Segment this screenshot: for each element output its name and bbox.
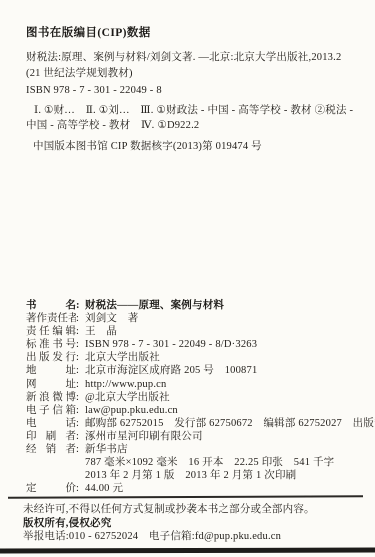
row-value: 44.00 元	[85, 482, 367, 495]
row-value: 2013 年 2 月第 1 版 2013 年 2 月第 1 次印刷	[85, 469, 367, 482]
divider-rule	[8, 495, 363, 499]
colophon-row-isbn: 标准书号:ISBN 978 - 7 - 301 - 22049 - 8/D·32…	[26, 338, 367, 351]
colophon-row-publisher: 出版发行:北京大学出版社	[26, 351, 367, 364]
cip-record-number: 中国版本图书馆 CIP 数据核字(2013)第 019474 号	[26, 140, 361, 154]
row-value: 财税法——原理、案例与材料	[85, 299, 367, 312]
colophon-row-editor: 责任编辑:王 晶	[26, 325, 367, 338]
row-label: 印刷者	[26, 430, 76, 443]
row-label: 责任编辑	[26, 325, 76, 338]
row-label: 地址	[26, 364, 76, 377]
row-value: 北京市海淀区成府路 205 号 100871	[85, 364, 367, 377]
row-colon: :	[76, 391, 85, 404]
colophon-row-edition: 2013 年 2 月第 1 版 2013 年 2 月第 1 次印刷	[26, 469, 367, 482]
row-colon: :	[76, 312, 85, 325]
row-value: 787 毫米×1092 毫米 16 开本 22.25 印张 541 千字	[85, 456, 367, 469]
row-label: 网址	[26, 378, 76, 391]
row-label: 定价	[26, 482, 76, 495]
colophon-row-address: 地址:北京市海淀区成府路 205 号 100871	[26, 364, 367, 377]
row-value: 新华书店	[85, 443, 367, 456]
row-colon: :	[76, 378, 85, 391]
row-value: 王 晶	[85, 325, 367, 338]
cip-record-line: 财税法:原理、案例与材料/刘剑文著. —北京:北京大学出版社,2013.2	[26, 50, 361, 66]
row-colon: :	[76, 417, 85, 430]
row-label: 著作责任者	[26, 312, 76, 325]
row-label: 电话	[26, 417, 76, 430]
cip-body: 财税法:原理、案例与材料/刘剑文著. —北京:北京大学出版社,2013.2 (2…	[26, 50, 361, 99]
row-label: 经销者	[26, 443, 76, 456]
cip-series-line: (21 世纪法学规划教材)	[26, 66, 361, 82]
footer-block: 未经许可,不得以任何方式复制或抄袭本书之部分或全部内容。 版权所有,侵权必究 举…	[23, 503, 367, 544]
row-colon: :	[76, 338, 85, 351]
row-label: 新浪微博	[26, 391, 76, 404]
colophon-row-website: 网址:http://www.pup.cn	[26, 378, 367, 391]
colophon-row-author: 著作责任者:刘剑文 著	[26, 312, 367, 325]
footer-report: 举报电话:010 - 62752024 电子信箱:fd@pup.pku.edu.…	[23, 530, 367, 544]
row-colon: :	[76, 325, 85, 338]
row-colon: :	[76, 351, 85, 364]
colophon-row-weibo: 新浪微博:@北京大学出版社	[26, 391, 367, 404]
row-label: 电子信箱	[26, 404, 76, 417]
row-colon: :	[76, 430, 85, 443]
colophon-row-format: 787 毫米×1092 毫米 16 开本 22.25 印张 541 千字	[26, 456, 367, 469]
cip-block: 图书在版编目(CIP)数据 财税法:原理、案例与材料/刘剑文著. —北京:北京大…	[26, 26, 361, 154]
colophon-row-printer: 印刷者:涿州市星河印刷有限公司	[26, 430, 367, 443]
row-label: 标准书号	[26, 338, 76, 351]
colophon-row-price: 定价:44.00 元	[26, 482, 367, 495]
colophon-block: 书名:财税法——原理、案例与材料 著作责任者:刘剑文 著 责任编辑:王 晶 标准…	[26, 299, 367, 495]
colophon-row-title: 书名:财税法——原理、案例与材料	[26, 299, 367, 312]
copyright-page: 图书在版编目(CIP)数据 财税法:原理、案例与材料/刘剑文著. —北京:北京大…	[0, 0, 375, 557]
row-colon: :	[76, 482, 85, 495]
footer-notice: 未经许可,不得以任何方式复制或抄袭本书之部分或全部内容。	[23, 503, 367, 517]
colophon-row-distributor: 经销者:新华书店	[26, 443, 367, 456]
cip-isbn-line: ISBN 978 - 7 - 301 - 22049 - 8	[26, 83, 361, 99]
row-colon: :	[76, 443, 85, 456]
row-value: 邮购部 62752015 发行部 62750672 编辑部 62752027 出…	[85, 417, 375, 430]
cip-classification: Ⅰ. ①财… Ⅱ. ①刘… Ⅲ. ①财政法 - 中国 - 高等学校 - 教材 ②…	[26, 104, 361, 133]
row-value: 北京大学出版社	[85, 351, 367, 364]
row-colon: :	[76, 364, 85, 377]
row-value: http://www.pup.cn	[85, 378, 367, 391]
row-value: law@pup.pku.edu.cn	[85, 404, 367, 417]
row-label: 书名	[26, 299, 76, 312]
colophon-row-phone: 电话:邮购部 62752015 发行部 62750672 编辑部 6275202…	[26, 417, 367, 430]
row-colon: :	[76, 299, 85, 312]
row-colon: :	[76, 404, 85, 417]
page-scan-edge	[0, 548, 375, 554]
cip-heading: 图书在版编目(CIP)数据	[26, 26, 361, 40]
row-label: 出版发行	[26, 351, 76, 364]
row-value: 涿州市星河印刷有限公司	[85, 430, 367, 443]
footer-rights: 版权所有,侵权必究	[23, 517, 367, 531]
row-value: ISBN 978 - 7 - 301 - 22049 - 8/D·3263	[85, 338, 367, 351]
row-value: @北京大学出版社	[85, 391, 367, 404]
colophon-row-email: 电子信箱:law@pup.pku.edu.cn	[26, 404, 367, 417]
row-value: 刘剑文 著	[85, 312, 367, 325]
